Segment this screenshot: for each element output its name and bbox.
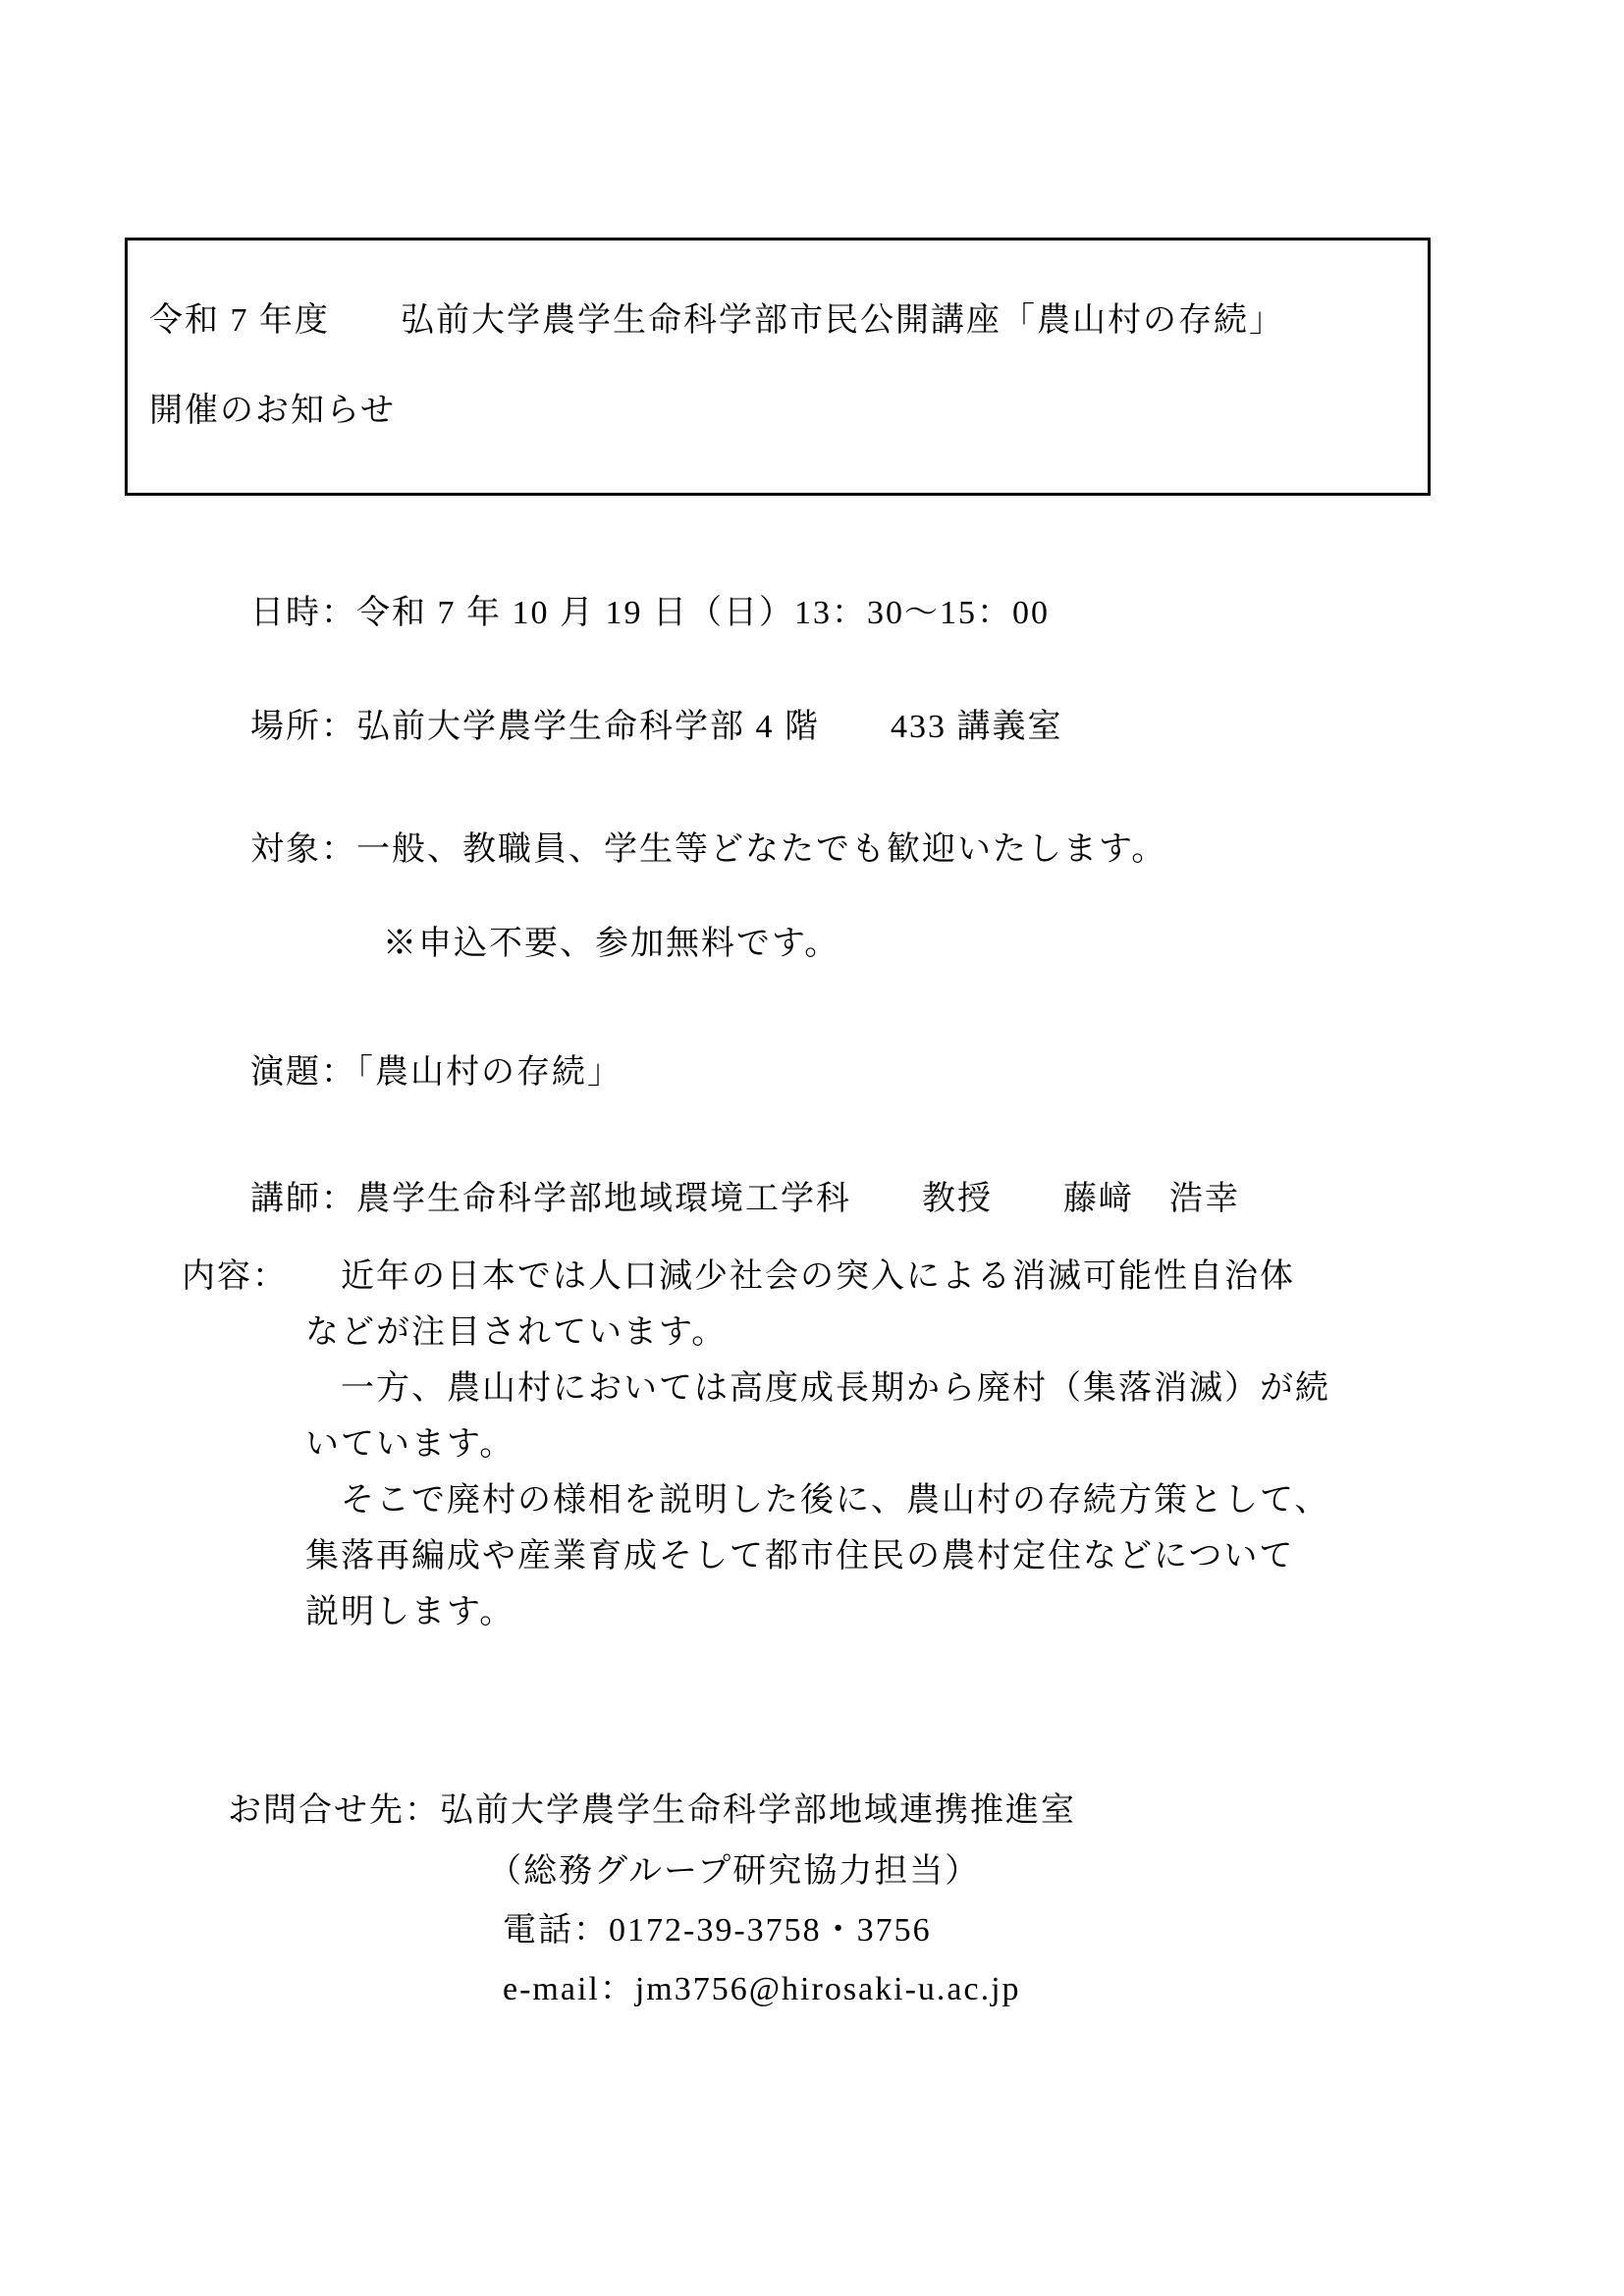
content-line: などが注目されています。 — [305, 1305, 1330, 1361]
detail-row-topic: 演題：「農山村の存続」 — [209, 1005, 623, 1141]
content-line: いています。 — [305, 1416, 1330, 1472]
audience-note: ※申込不要、参加無料です。 — [342, 877, 839, 1012]
place-value: 弘前大学農学生命科学部 4 階 433 講義室 — [356, 709, 1063, 745]
title-line-1: 令和 7 年度 弘前大学農学生命科学部市民公開講座「農山村の存続」 — [149, 276, 1410, 366]
audience-value: 一般、教職員、学生等どなたでも歓迎いたします。 — [356, 831, 1166, 868]
audience-label: 対象： — [250, 831, 356, 868]
datetime-value: 令和 7 年 10 月 19 日（日）13：30～15：00 — [356, 595, 1050, 631]
contact-email: e-mail：jm3756@hirosaki-u.ac.jp — [461, 1922, 1021, 2057]
datetime-label: 日時： — [250, 595, 356, 631]
content-line: 近年の日本では人口減少社会の突入による消滅可能性自治体 — [305, 1249, 1330, 1305]
content-line: 説明します。 — [305, 1584, 1330, 1640]
content-line: 一方、農山村においては高度成長期から廃村（集落消滅）が続 — [305, 1361, 1330, 1416]
place-label: 場所： — [250, 709, 356, 745]
content-line: 集落再編成や産業育成そして都市住民の農村定住などについて — [305, 1528, 1330, 1584]
audience-note-text: ※申込不要、参加無料です。 — [383, 926, 839, 962]
title-box: 令和 7 年度 弘前大学農学生命科学部市民公開講座「農山村の存続」 開催のお知ら… — [125, 238, 1431, 496]
lecturer-value: 農学生命科学部地域環境工学科 教授 藤﨑 浩幸 — [356, 1181, 1240, 1217]
contact-email-text: e-mail：jm3756@hirosaki-u.ac.jp — [503, 1971, 1021, 2007]
detail-row-lecturer: 講師：農学生命科学部地域環境工学科 教授 藤﨑 浩幸 — [209, 1132, 1240, 1267]
content-label: 内容： — [182, 1249, 288, 1305]
content-lines: 近年の日本では人口減少社会の突入による消滅可能性自治体 などが注目されています。… — [305, 1249, 1330, 1640]
detail-row-place: 場所：弘前大学農学生命科学部 4 階 433 講義室 — [209, 660, 1063, 795]
title-line-2: 開催のお知らせ — [149, 366, 1410, 456]
lecturer-label: 講師： — [250, 1181, 356, 1217]
content-line: そこで廃村の様相を説明した後に、農山村の存続方策として、 — [305, 1472, 1330, 1528]
topic-value: 「農山村の存続」 — [356, 1054, 623, 1091]
announcement-page: 令和 7 年度 弘前大学農学生命科学部市民公開講座「農山村の存続」 開催のお知ら… — [0, 0, 1624, 2296]
content-block: 内容： 近年の日本では人口減少社会の突入による消滅可能性自治体 などが注目されて… — [182, 1249, 1330, 1640]
topic-label: 演題： — [250, 1054, 356, 1091]
